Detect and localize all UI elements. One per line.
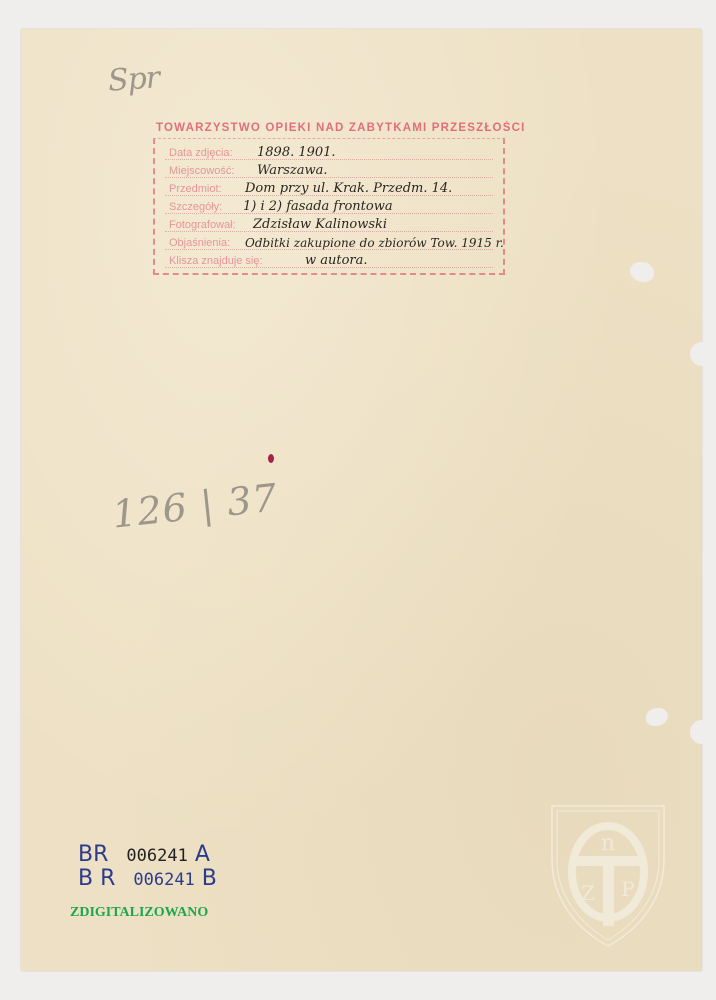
stamp-value: 1) i 2) fasada frontowa — [243, 199, 393, 214]
svg-text:Z: Z — [581, 881, 595, 905]
ink-spot — [268, 454, 274, 463]
stamp-value: 1898. 1901. — [257, 145, 336, 160]
inventory-suffix: A — [195, 842, 210, 867]
inventory-number-b: B R006241 B — [78, 866, 217, 891]
stamp-label: Klisza znajduje się: — [169, 255, 263, 267]
stamp-value: Warszawa. — [257, 163, 327, 178]
inventory-prefix: BR — [78, 842, 108, 867]
inventory-number-a: BR006241 A — [78, 842, 210, 867]
inventory-suffix: B — [202, 866, 217, 891]
society-stamp: Data zdjęcia: 1898. 1901. Miejscowość: W… — [153, 138, 505, 275]
inventory-prefix: B R — [78, 866, 115, 891]
stamp-label: Miejscowość: — [169, 165, 234, 177]
stamp-field-photographer: Fotografował: Zdzisław Kalinowski — [165, 215, 493, 232]
stamp-label: Data zdjęcia: — [169, 147, 233, 159]
shield-monogram-icon: n Z P — [548, 800, 668, 950]
stamp-value: Zdzisław Kalinowski — [253, 217, 387, 232]
stamp-header: TOWARZYSTWO OPIEKI NAD ZABYTKAMI PRZESZŁ… — [156, 122, 506, 134]
inventory-number: 006241 — [133, 870, 194, 890]
digitized-stamp: ZDIGITALIZOWANO — [70, 905, 208, 921]
stamp-value: w autora. — [305, 253, 368, 268]
stamp-label: Objaśnienia: — [169, 237, 230, 249]
stamp-label: Szczegóły: — [169, 201, 222, 213]
stamp-field-notes: Objaśnienia: Odbitki zakupione do zbioró… — [165, 233, 493, 250]
stamp-field-details: Szczegóły: 1) i 2) fasada frontowa — [165, 197, 493, 214]
stamp-field-date: Data zdjęcia: 1898. 1901. — [165, 143, 493, 160]
pencil-annotation-top: Spr — [107, 60, 160, 98]
stamp-field-place: Miejscowość: Warszawa. — [165, 161, 493, 178]
stamp-label: Fotografował: — [169, 219, 236, 231]
svg-text:n: n — [601, 831, 615, 856]
inventory-number: 006241 — [126, 846, 187, 866]
stamp-label: Przedmiot: — [169, 183, 222, 195]
torn-hole — [630, 262, 654, 282]
stamp-field-negative: Klisza znajduje się: w autora. — [165, 251, 493, 268]
svg-text:P: P — [621, 877, 634, 901]
stamp-field-subject: Przedmiot: Dom przy ul. Krak. Przedm. 14… — [165, 179, 493, 196]
binder-notch — [690, 342, 714, 366]
binder-notch — [690, 720, 714, 744]
stamp-value: Dom przy ul. Krak. Przedm. 14. — [245, 181, 452, 196]
stamp-value: Odbitki zakupione do zbiorów Tow. 1915 r… — [245, 236, 504, 250]
